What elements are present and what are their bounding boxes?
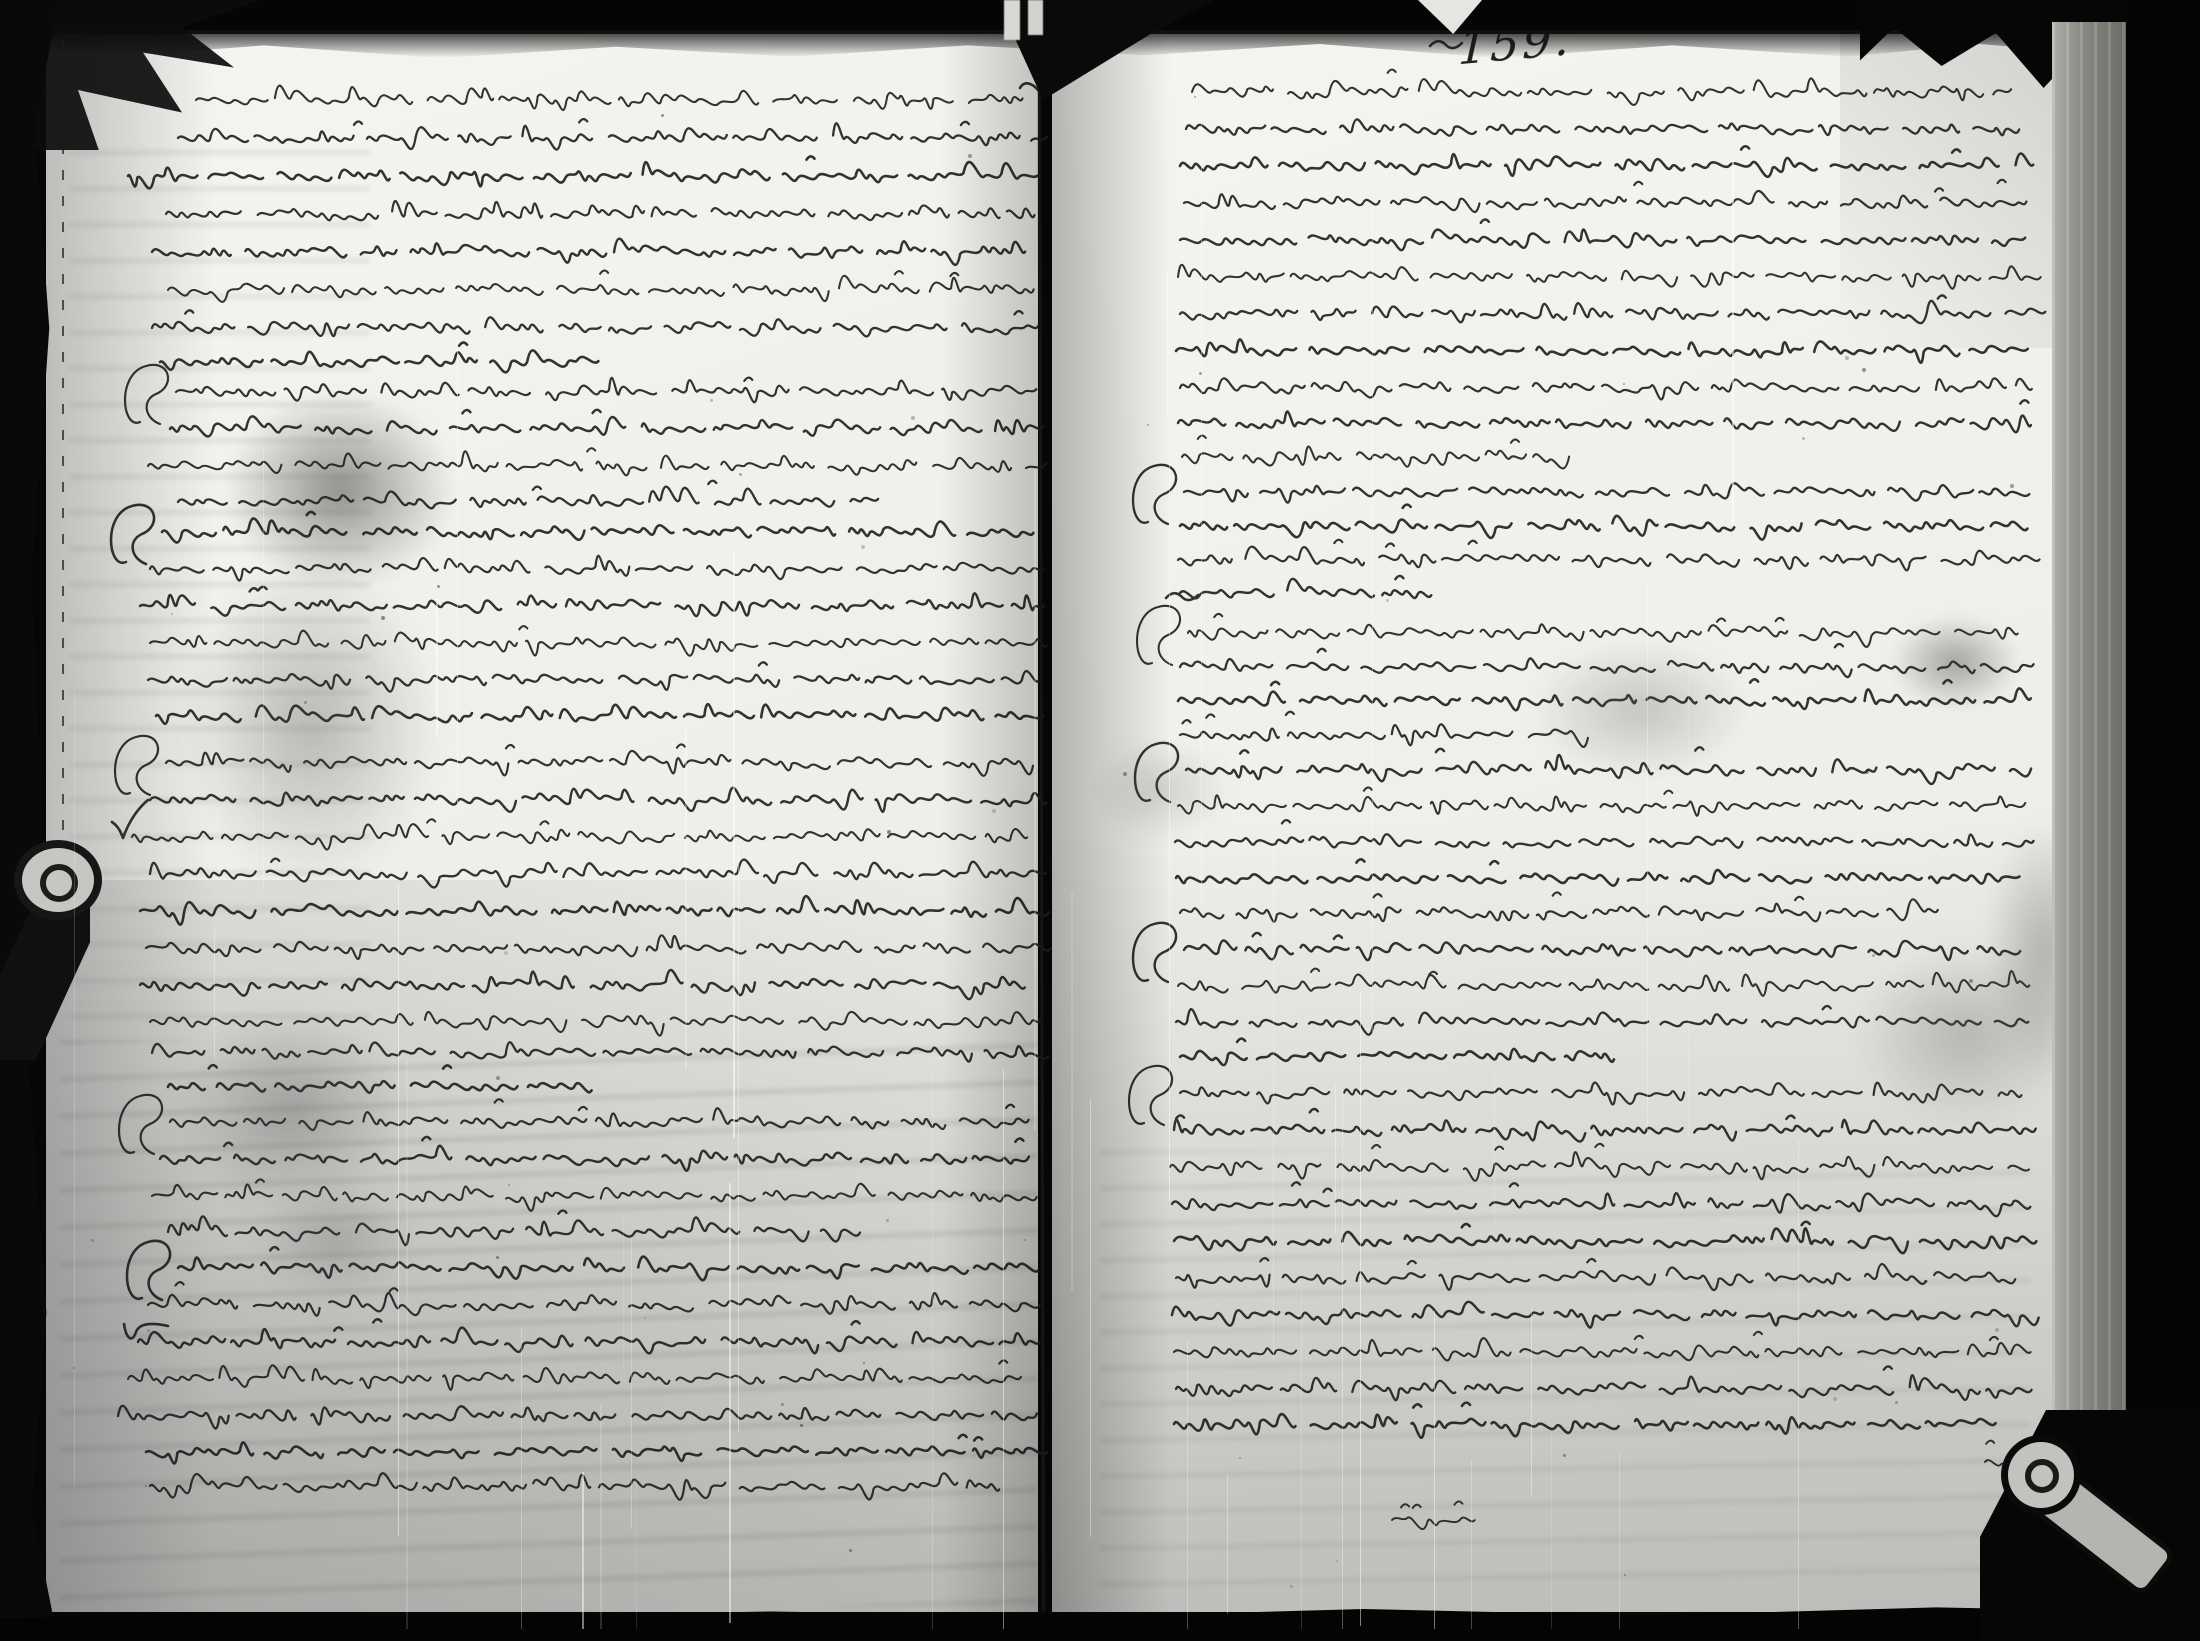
manuscript-line-left [128, 156, 1038, 188]
manuscript-line-left [140, 896, 1049, 925]
manuscript-line-left [140, 970, 1025, 999]
ink-smudge [180, 560, 440, 890]
manuscript-line-right [1178, 540, 2040, 571]
ink-smudge [1890, 615, 2020, 710]
manuscript-line-left [150, 1473, 999, 1499]
manuscript-line-left [152, 310, 1039, 336]
manuscript-line-right [1182, 436, 1569, 469]
marginal-mark-check [112, 800, 148, 838]
clasp-rivet-right [2025, 1459, 2059, 1493]
manuscript-line-right [1170, 1144, 2029, 1181]
gutter-shadow [940, 34, 1038, 1612]
sprocket-tab [1028, 0, 1043, 35]
manuscript-line-left [138, 1319, 1040, 1353]
ink-smudge [1530, 640, 1750, 780]
clasp-rivet-left [40, 864, 78, 902]
manuscript-line-left [152, 239, 1025, 265]
manuscript-line-right [1178, 400, 2031, 432]
manuscript-line-right [1176, 1366, 2032, 1400]
gutter-shadow [1052, 28, 1172, 1612]
film-edge-mark [62, 40, 64, 880]
manuscript-line-left [118, 1406, 1037, 1429]
manuscript-line-right [1176, 859, 2020, 885]
manuscript-line-left [166, 201, 1035, 220]
manuscript-scan: 159. [0, 0, 2200, 1641]
manuscript-line-left [196, 86, 1023, 111]
manuscript-line-right [1180, 712, 1588, 747]
manuscript-line-right [1172, 1302, 2039, 1328]
manuscript-line-right [1192, 70, 2011, 105]
manuscript-line-right [1186, 119, 2019, 135]
manuscript-line-left [160, 343, 598, 373]
manuscript-line-right [1175, 820, 2034, 848]
binding-clasp-right [1960, 1400, 2200, 1641]
sprocket-tab [1004, 0, 1020, 40]
manuscript-line-left [178, 119, 1047, 149]
manuscript-line-left [168, 271, 1034, 302]
manuscript-line-right [1180, 576, 1431, 598]
binding-clasp-left [0, 840, 120, 1060]
manuscript-line-right [1180, 505, 2027, 540]
manuscript-line-right [1180, 892, 1938, 921]
manuscript-line-right [1174, 1222, 2036, 1253]
manuscript-line-left [146, 1435, 1047, 1464]
manuscript-line-right [1180, 1039, 1614, 1065]
manuscript-line-right [1180, 220, 2025, 251]
manuscript-line-right [1180, 146, 2033, 177]
manuscript-line-right [1133, 465, 2029, 524]
manuscript-line-right [1180, 295, 2045, 323]
manuscript-line-right [1172, 1182, 2030, 1216]
manuscript-line-right [1174, 1332, 2031, 1361]
manuscript-line-right [1176, 339, 2028, 362]
ink-smudge [255, 1180, 415, 1300]
manuscript-line-right [1174, 1403, 1996, 1438]
catchword-left [1392, 1501, 1475, 1529]
manuscript-line-left [146, 935, 1051, 959]
manuscript-line-right [1178, 788, 2025, 816]
right-film-band [2126, 0, 2200, 1641]
manuscript-line-right [1180, 378, 2032, 399]
manuscript-line-right [1178, 265, 2041, 289]
manuscript-line-right [1184, 180, 2026, 212]
manuscript-line-left [128, 1360, 1021, 1389]
manuscript-line-right [1176, 1258, 2015, 1290]
page-edge-band-streaks [2052, 22, 2128, 1616]
